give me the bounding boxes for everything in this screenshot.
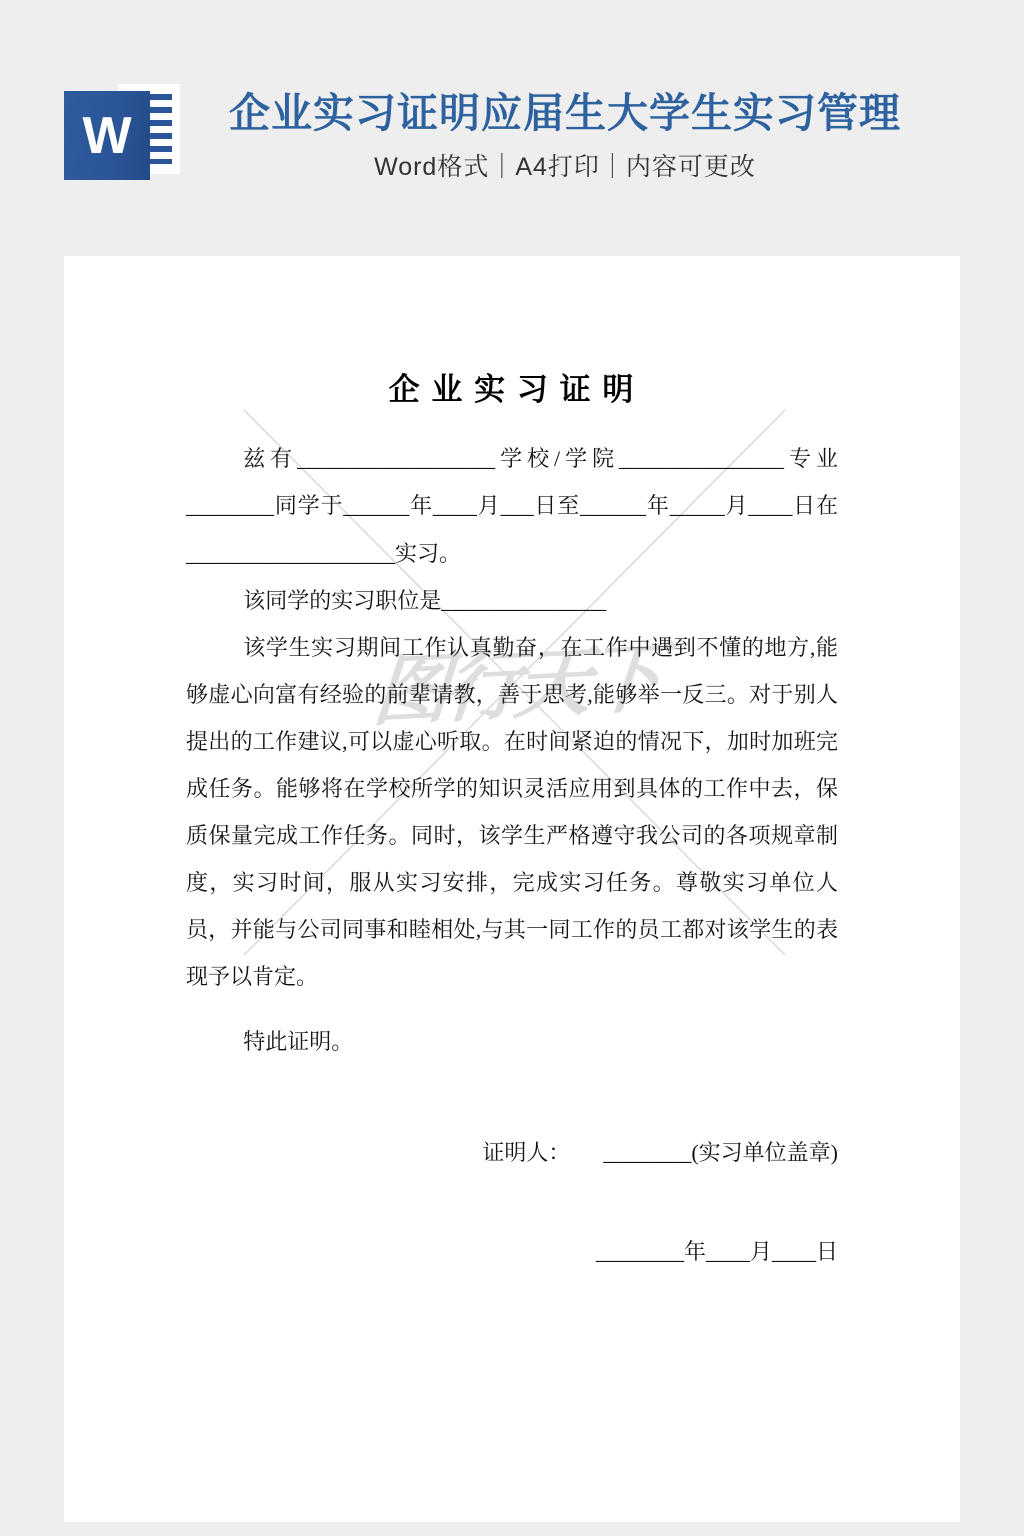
word-document-icon: W: [64, 84, 180, 180]
header: W 企业实习证明应届生大学生实习管理 Word格式｜A4打印｜内容可更改: [0, 0, 1024, 256]
word-icon-letter: W: [82, 110, 131, 162]
paragraph-evaluation: 该学生实习期间工作认真勤奋，在工作中遇到不懂的地方,能够虚心向富有经验的前辈请教…: [186, 624, 838, 1001]
signature-line: 证明人： ________(实习单位盖章): [186, 1129, 838, 1176]
document-title: 企 业 实 习 证 明: [186, 256, 838, 411]
word-icon-front-panel: W: [64, 91, 150, 180]
preview-background: W 企业实习证明应届生大学生实习管理 Word格式｜A4打印｜内容可更改 图行天…: [0, 0, 1024, 1536]
paragraph-intro: 兹有__________________学校/学院_______________…: [186, 435, 838, 576]
page-subtitle: Word格式｜A4打印｜内容可更改: [200, 147, 930, 183]
date-line: ________年____月____日: [186, 1228, 838, 1275]
document-page: 图行天下 企 业 实 习 证 明 兹有__________________学校/…: [64, 256, 960, 1522]
document-content: 企 业 实 习 证 明 兹有__________________学校/学院___…: [186, 256, 838, 1276]
page-title: 企业实习证明应届生大学生实习管理: [200, 90, 930, 137]
header-text: 企业实习证明应届生大学生实习管理 Word格式｜A4打印｜内容可更改: [180, 84, 960, 183]
paragraph-closing: 特此证明。: [186, 1018, 838, 1065]
paragraph-position: 该同学的实习职位是_______________: [186, 577, 838, 624]
